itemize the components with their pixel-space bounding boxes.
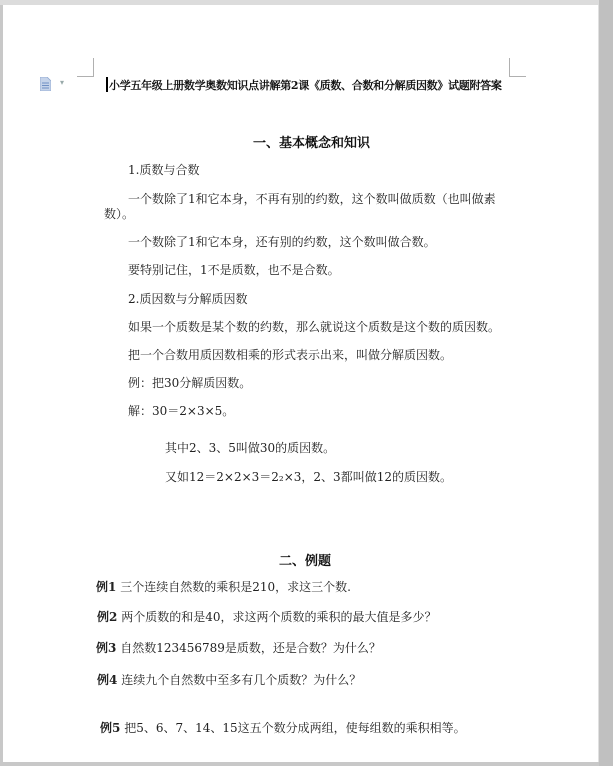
example-label: 例5 [100,721,120,735]
chevron-down-icon[interactable]: ▾ [60,78,64,87]
subheading-1: 1.质数与合数 [128,161,199,178]
paragraph: 数）。 [104,205,134,222]
example-label: 例2 [97,610,117,624]
margin-mark-top-right [509,58,526,77]
paragraph: 一个数除了1和它本身，还有别的约数，这个数叫做合数。 [128,233,436,250]
example-text: 把5、6、7、14、15这五个数分成两组，使每组数的乘积相等。 [124,721,465,735]
page-gutter [599,0,613,766]
paragraph: 如果一个质数是某个数的约数，那么就说这个质数是这个数的质因数。 [128,318,500,335]
example-label: 例1 [96,580,116,594]
subheading-2: 2.质因数与分解质因数 [128,290,247,307]
paragraph: 又如12＝2×2×3＝2₂×3，2、3都叫做12的质因数。 [165,468,452,485]
example-label: 例3 [96,641,116,655]
paragraph: 例：把30分解质因数。 [128,374,251,391]
document-icon[interactable] [40,76,51,90]
paragraph: 把一个合数用质因数相乘的形式表示出来，叫做分解质因数。 [128,346,452,363]
document-title: 小学五年级上册数学奥数知识点讲解第2课《质数、合数和分解质因数》试题附答案 [109,77,502,93]
paragraph: 一个数除了1和它本身，不再有别的约数，这个数叫做质数（也叫做素 [128,190,496,207]
example-text: 两个质数的和是40，求这两个质数的乘积的最大值是多少？ [121,610,436,624]
example-text: 连续九个自然数中至多有几个质数？为什么？ [121,673,361,687]
margin-mark-top-left [77,58,94,77]
example-item: 例3 自然数123456789是质数，还是合数？为什么？ [96,639,381,656]
example-label: 例4 [97,673,117,687]
example-text: 三个连续自然数的乘积是210，求这三个数. [120,580,351,594]
paragraph: 要特别记住，1不是质数，也不是合数。 [128,261,340,278]
example-item: 例5 把5、6、7、14、15这五个数分成两组，使每组数的乘积相等。 [100,719,466,736]
section-heading-1: 一、基本概念和知识 [253,132,370,151]
paragraph: 其中2、3、5叫做30的质因数。 [165,439,335,456]
text-cursor [106,77,108,92]
example-item: 例1 三个连续自然数的乘积是210，求这三个数. [96,578,351,595]
paragraph: 解：30＝2×3×5。 [128,402,234,419]
example-text: 自然数123456789是质数，还是合数？为什么？ [120,641,381,655]
example-item: 例2 两个质数的和是40，求这两个质数的乘积的最大值是多少？ [97,608,436,625]
section-heading-2: 二、例题 [279,550,331,569]
example-item: 例4 连续九个自然数中至多有几个质数？为什么？ [97,671,361,688]
